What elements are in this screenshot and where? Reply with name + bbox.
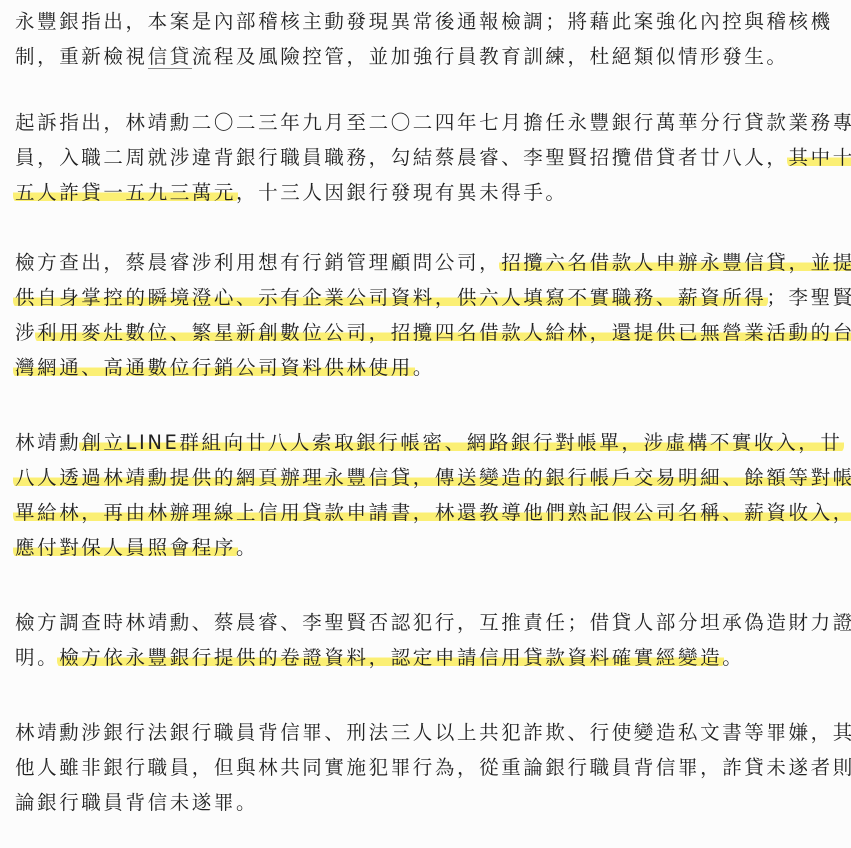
highlighted-text: 其中十	[787, 146, 851, 169]
text-line: 永豐銀指出，本案是內部稽核主動發現異常後通報檢調；將藉此案強化內控與稽核機	[15, 4, 845, 39]
text-segment: 檢方查出，蔡晨睿涉利用想有行銷管理顧問公司，	[15, 251, 501, 274]
text-segment: 起訴指出，林靖勳二〇二三年九月至二〇二四年七月擔任永豐銀行萬華分行貸款業務專	[15, 111, 851, 134]
text-line: 灣網通、高通數位行銷公司資料供林使用。	[15, 350, 845, 385]
text-line: 應付對保人員照會程序。	[15, 530, 845, 565]
text-segment: 流程及風險控管，並加強行員教育訓練，杜絕類似情形發生。	[192, 45, 789, 68]
text-line: 員，入職二周就涉違背銀行職員職務，勾結蔡晨睿、李聖賢招攬借貸者廿八人，其中十	[15, 140, 845, 175]
text-line: 供自身掌控的瞬境澄心、示有企業公司資料，供六人填寫不實職務、薪資所得；李聖賢	[15, 280, 845, 315]
highlighted-text: 應付對保人員照會程序	[13, 536, 238, 559]
paragraph-prosecutor-findings: 檢方查出，蔡晨睿涉利用想有行銷管理顧問公司，招攬六名借款人申辦永豐信貸，並提供自…	[15, 245, 845, 385]
text-line: 論銀行職員背信未遂罪。	[15, 785, 845, 820]
text-line: 他人雖非銀行職員，但與林共同實施犯罪行為，從重論銀行職員背信罪，詐貸未遂者則	[15, 750, 845, 785]
highlighted-text: 利用麥灶數位、繁星新創數位公司，招攬四名借款人給林，還提供已無營業活動的台	[35, 321, 851, 344]
text-line: 五人詐貸一五九三萬元，十三人因銀行發現有異未得手。	[15, 175, 845, 210]
text-segment: 。	[413, 356, 435, 379]
text-line: 明。檢方依永豐銀行提供的卷證資料，認定申請信用貸款資料確實經變造。	[15, 640, 845, 675]
highlighted-text: 檢方依永豐銀行提供的卷證資料，認定申請信用貸款資料確實經變造	[57, 646, 724, 669]
highlighted-text: 招攬六名借款人申辦永豐信貸，並提	[499, 251, 851, 274]
text-segment: 林靖勳	[15, 431, 81, 454]
text-segment: ，十三人因銀行發現有異未得手。	[236, 181, 568, 204]
text-segment: 。	[236, 536, 258, 559]
text-segment: 明。	[15, 646, 59, 669]
text-line: 八人透過林靖勳提供的網頁辦理永豐信貸，傳送變造的銀行帳戶交易明細、餘額等對帳	[15, 460, 845, 495]
highlighted-text: 單給林，再由林辦理線上信用貸款申請書，林還教導他們熟記假公司名稱、薪資收入，	[13, 501, 851, 524]
text-segment: 永豐銀指出，本案是內部稽核主動發現異常後通報檢調；將藉此案強化內控與稽核機	[15, 10, 833, 33]
text-segment: 。	[722, 646, 744, 669]
paragraph-indictment: 起訴指出，林靖勳二〇二三年九月至二〇二四年七月擔任永豐銀行萬華分行貸款業務專員，…	[15, 105, 845, 210]
paragraph-investigation: 檢方調查時林靖勳、蔡晨睿、李聖賢否認犯行，互推責任；借貸人部分坦承偽造財力證明。…	[15, 605, 845, 675]
text-segment: 論銀行職員背信未遂罪。	[15, 791, 258, 814]
text-segment: 員，入職二周就涉違背銀行職員職務，勾結蔡晨睿、李聖賢招攬借貸者廿八人，	[15, 146, 789, 169]
text-segment: ；李聖賢	[766, 286, 851, 309]
text-line: 檢方調查時林靖勳、蔡晨睿、李聖賢否認犯行，互推責任；借貸人部分坦承偽造財力證	[15, 605, 845, 640]
paragraph-line-group-scheme: 林靖勳創立LINE群組向廿八人索取銀行帳密、網路銀行對帳單，涉虛構不實收入，廿八…	[15, 425, 845, 565]
text-line: 涉利用麥灶數位、繁星新創數位公司，招攬四名借款人給林，還提供已無營業活動的台	[15, 315, 845, 350]
highlighted-text: 灣網通、高通數位行銷公司資料供林使用	[13, 356, 415, 379]
text-line: 起訴指出，林靖勳二〇二三年九月至二〇二四年七月擔任永豐銀行萬華分行貸款業務專	[15, 105, 845, 140]
highlighted-text: 八人透過林靖勳提供的網頁辦理永豐信貸，傳送變造的銀行帳戶交易明細、餘額等對帳	[13, 466, 851, 489]
text-line: 單給林，再由林辦理線上信用貸款申請書，林還教導他們熟記假公司名稱、薪資收入，	[15, 495, 845, 530]
text-line: 制，重新檢視信貸流程及風險控管，並加強行員教育訓練，杜絕類似情形發生。	[15, 39, 845, 74]
highlighted-text: 供自身掌控的瞬境澄心、示有企業公司資料，供六人填寫不實職務、薪資所得	[13, 286, 768, 309]
text-segment: 他人雖非銀行職員，但與林共同實施犯罪行為，從重論銀行職員背信罪，詐貸未遂者則	[15, 756, 851, 779]
text-line: 林靖勳創立LINE群組向廿八人索取銀行帳密、網路銀行對帳單，涉虛構不實收入，廿	[15, 425, 845, 460]
text-segment: 制，重新檢視	[15, 45, 148, 68]
text-line: 檢方查出，蔡晨睿涉利用想有行銷管理顧問公司，招攬六名借款人申辦永豐信貸，並提	[15, 245, 845, 280]
text-segment: 檢方調查時林靖勳、蔡晨睿、李聖賢否認犯行，互推責任；借貸人部分坦承偽造財力證	[15, 611, 851, 634]
paragraph-charges: 林靖勳涉銀行法銀行職員背信罪、刑法三人以上共犯詐欺、行使變造私文書等罪嫌，其他人…	[15, 715, 845, 820]
text-line: 林靖勳涉銀行法銀行職員背信罪、刑法三人以上共犯詐欺、行使變造私文書等罪嫌，其	[15, 715, 845, 750]
text-segment: 林靖勳涉銀行法銀行職員背信罪、刑法三人以上共犯詐欺、行使變造私文書等罪嫌，其	[15, 721, 851, 744]
highlighted-text: 創立LINE群組向廿八人索取銀行帳密、網路銀行對帳單，涉虛構不實收入，廿	[79, 431, 844, 454]
text-segment: 涉	[15, 321, 37, 344]
keyword-link[interactable]: 信貸	[148, 45, 192, 69]
paragraph-bank-statement: 永豐銀指出，本案是內部稽核主動發現異常後通報檢調；將藉此案強化內控與稽核機制，重…	[15, 4, 845, 74]
highlighted-text: 五人詐貸一五九三萬元	[13, 181, 238, 204]
